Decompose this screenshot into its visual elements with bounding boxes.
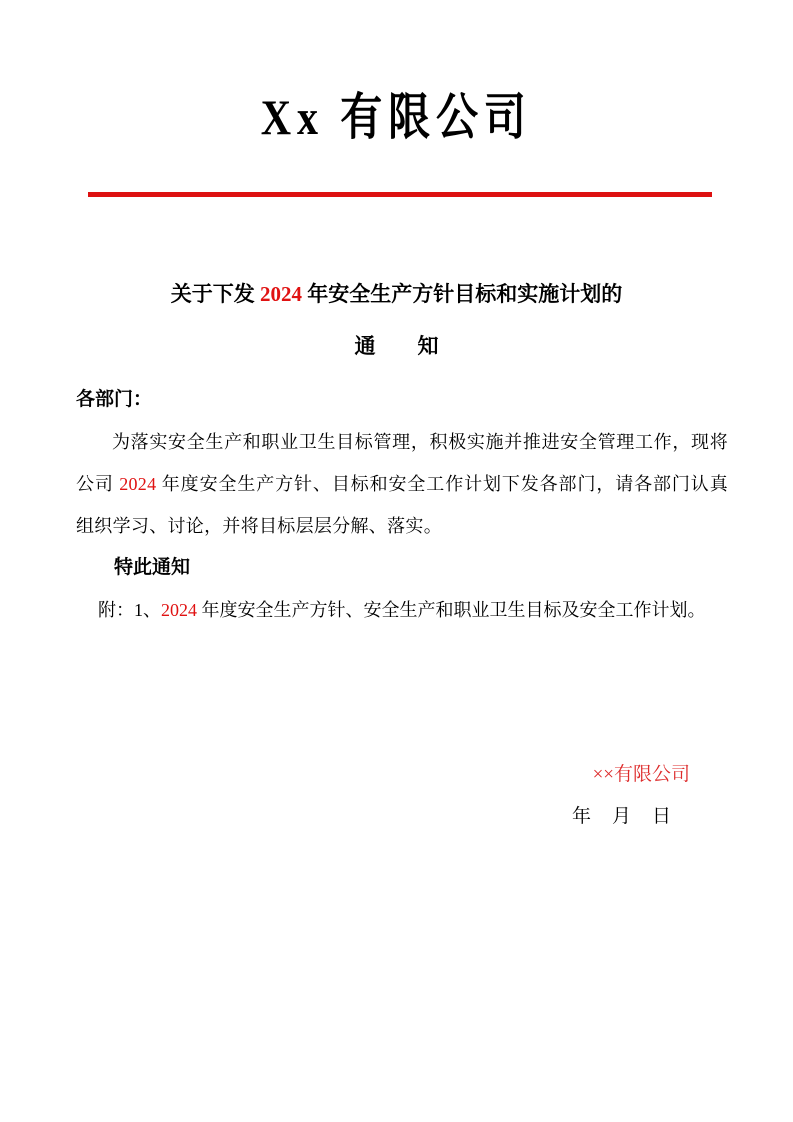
paragraph-line-1-pre: 为落实安全生产和职业卫生目标管理，积极实施并推进安全管理工作，现将 [112,432,728,452]
attachment-pre: 附：1、 [98,600,161,620]
signature-company: ××有限公司 [0,754,793,796]
notice-title-year: 2024 [260,282,302,306]
document-page: Xx 有限公司 关于下发 2024 年安全生产方针目标和实施计划的 通 知 各部… [0,0,793,1122]
notice-body: 各部门： 为落实安全生产和职业卫生目标管理，积极实施并推进安全管理工作，现将 公… [76,379,728,631]
signature-date: 年 月 日 [0,796,793,838]
paragraph-line-2: 公司 2024 年度安全生产方针、目标和安全工作计划下发各部门，请各部门认真 [76,463,728,505]
notice-title: 关于下发 2024 年安全生产方针目标和实施计划的 [0,279,793,309]
attachment-line: 附：1、2024 年度安全生产方针、安全生产和职业卫生目标及安全工作计划。 [76,589,728,631]
paragraph-line-2-year: 2024 [119,474,156,494]
notice-title-pre: 关于下发 [171,282,260,306]
letterhead-divider-rule [88,192,712,197]
notice-subtitle: 通 知 [0,331,793,361]
company-letterhead-title: Xx 有限公司 [0,88,793,146]
paragraph-line-2-post: 年度安全生产方针、目标和安全工作计划下发各部门，请各部门认真 [156,474,728,494]
company-letterhead-text: Xx 有限公司 [261,88,532,146]
notice-title-post: 年安全生产方针目标和实施计划的 [302,282,622,306]
paragraph-line-2-pre: 公司 [76,474,119,494]
paragraph-line-1: 为落实安全生产和职业卫生目标管理，积极实施并推进安全管理工作，现将 [76,421,728,463]
salutation: 各部门： [76,379,728,421]
closing-statement: 特此通知 [76,547,728,589]
paragraph-line-3-pre: 组织学习、讨论，并将目标层层分解、落实。 [76,516,442,536]
attachment-post: 年度安全生产方针、安全生产和职业卫生目标及安全工作计划。 [197,600,706,620]
attachment-year: 2024 [161,600,197,620]
paragraph-line-3: 组织学习、讨论，并将目标层层分解、落实。 [76,505,728,547]
